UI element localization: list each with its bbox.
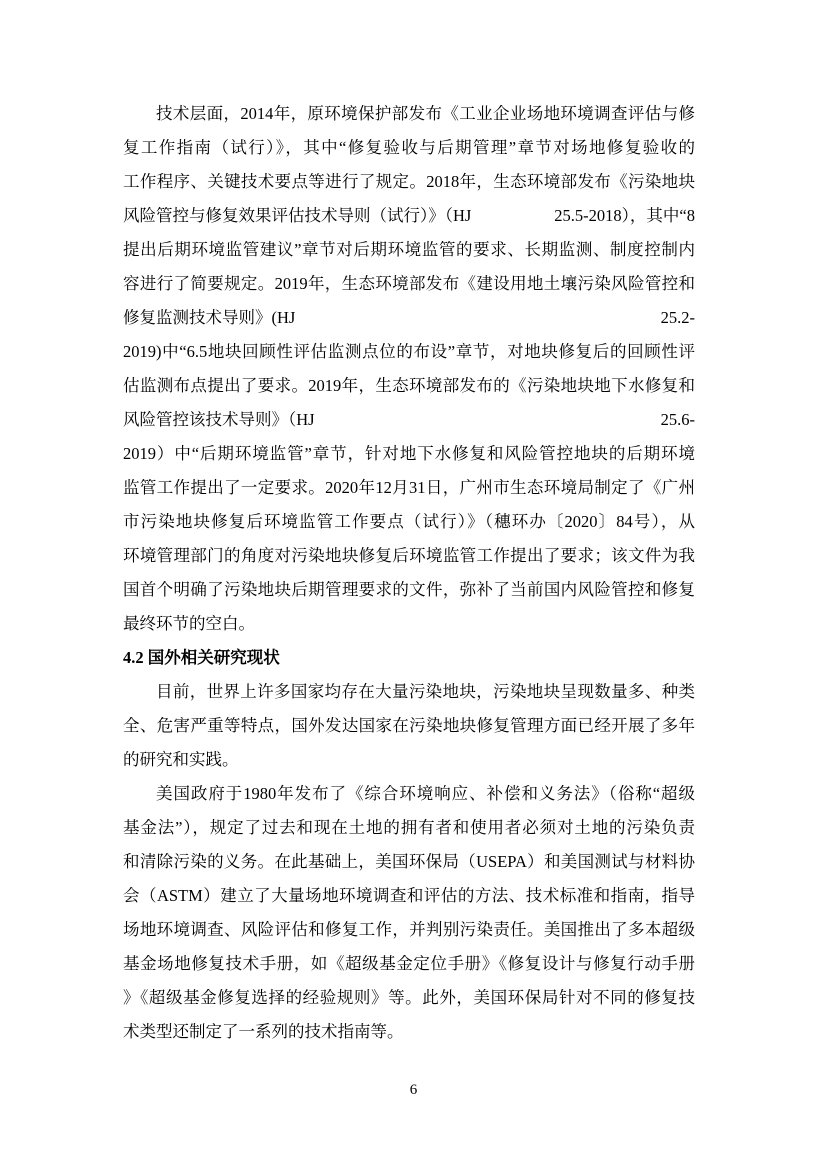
text-line: 风险管控与修复效果评估技术导则（试行）》（HJ25.5-2018），其中“8 xyxy=(123,199,695,233)
text-line: 基金法”），规定了过去和现在土地的拥有者和使用者必须对土地的污染负责 xyxy=(123,811,695,845)
text-line: 》《超级基金修复选择的经验规则》等。此外，美国环保局针对不同的修复技 xyxy=(123,981,695,1015)
text-line: 修复监测技术导则》(HJ25.2- xyxy=(123,301,695,335)
text-line: 目前，世界上许多国家均存在大量污染地块，污染地块呈现数量多、种类 xyxy=(123,675,695,709)
text-line: 环境管理部门的角度对污染地块修复后环境监管工作提出了要求；该文件为我 xyxy=(123,539,695,573)
text-line: 全、危害严重等特点，国外发达国家在污染地块修复管理方面已经开展了多年 xyxy=(123,709,695,743)
text-line-right-segment: 25.5-2018），其中“8 xyxy=(554,199,695,233)
paragraph-domestic-technical-level: 技术层面，2014年，原环境保护部发布《工业企业场地环境调查评估与修复工作指南（… xyxy=(123,97,695,641)
text-line-left-segment: 修复监测技术导则》(HJ xyxy=(123,301,295,335)
text-line: 估监测布点提出了要求。2019年，生态环境部发布的《污染地块地下水修复和 xyxy=(123,369,695,403)
text-line-right-segment: 25.2- xyxy=(661,301,695,335)
text-line: 复工作指南（试行）》，其中“修复验收与后期管理”章节对场地修复验收的 xyxy=(123,131,695,165)
text-line: 美国政府于1980年发布了《综合环境响应、补偿和义务法》（俗称“超级 xyxy=(123,777,695,811)
document-page: 技术层面，2014年，原环境保护部发布《工业企业场地环境调查评估与修复工作指南（… xyxy=(0,0,827,1169)
text-line: 基金场地修复技术手册，如《超级基金定位手册》《修复设计与修复行动手册 xyxy=(123,947,695,981)
text-line: 市污染地块修复后环境监管工作要点（试行）》（穗环办〔2020〕84号），从 xyxy=(123,505,695,539)
text-line: 提出后期环境监管建议”章节对后期环境监管的要求、长期监测、制度控制内 xyxy=(123,233,695,267)
text-line: 2019)中“6.5地块回顾性评估监测点位的布设”章节，对地块修复后的回顾性评 xyxy=(123,335,695,369)
text-line: 风险管控该技术导则》（HJ25.6- xyxy=(123,403,695,437)
text-line: 工作程序、关键技术要点等进行了规定。2018年，生态环境部发布《污染地块 xyxy=(123,165,695,199)
text-line: 容进行了简要规定。2019年，生态环境部发布《建设用地土壤污染风险管控和 xyxy=(123,267,695,301)
text-line: 国首个明确了污染地块后期管理要求的文件，弥补了当前国内风险管控和修复 xyxy=(123,573,695,607)
text-line: 监管工作提出了一定要求。2020年12月31日，广州市生态环境局制定了《广州 xyxy=(123,471,695,505)
text-line-left-segment: 风险管控该技术导则》（HJ xyxy=(123,403,315,437)
text-line: 术类型还制定了一系列的技术指南等。 xyxy=(123,1015,695,1049)
text-line: 2019）中“后期环境监管”章节，针对地下水修复和风险管控地块的后期环境 xyxy=(123,437,695,471)
text-line-right-segment: 25.6- xyxy=(661,403,695,437)
text-line: 会（ASTM）建立了大量场地环境调查和评估的方法、技术标准和指南，指导 xyxy=(123,879,695,913)
text-line: 的研究和实践。 xyxy=(123,743,695,777)
page-number: 6 xyxy=(0,1080,827,1100)
section-heading: 4.2 国外相关研究现状 xyxy=(123,641,695,675)
text-line: 技术层面，2014年，原环境保护部发布《工业企业场地环境调查评估与修 xyxy=(123,97,695,131)
text-line: 场地环境调查、风险评估和修复工作，并判别污染责任。美国推出了多本超级 xyxy=(123,913,695,947)
document-body: 技术层面，2014年，原环境保护部发布《工业企业场地环境调查评估与修复工作指南（… xyxy=(123,97,695,1049)
paragraph-usa-superfund: 美国政府于1980年发布了《综合环境响应、补偿和义务法》（俗称“超级基金法”），… xyxy=(123,777,695,1049)
text-line: 和清除污染的义务。在此基础上，美国环保局（USEPA）和美国测试与材料协 xyxy=(123,845,695,879)
text-line: 最终环节的空白。 xyxy=(123,607,695,641)
text-line-left-segment: 风险管控与修复效果评估技术导则（试行）》（HJ xyxy=(123,199,471,233)
paragraph-foreign-overview: 目前，世界上许多国家均存在大量污染地块，污染地块呈现数量多、种类全、危害严重等特… xyxy=(123,675,695,777)
